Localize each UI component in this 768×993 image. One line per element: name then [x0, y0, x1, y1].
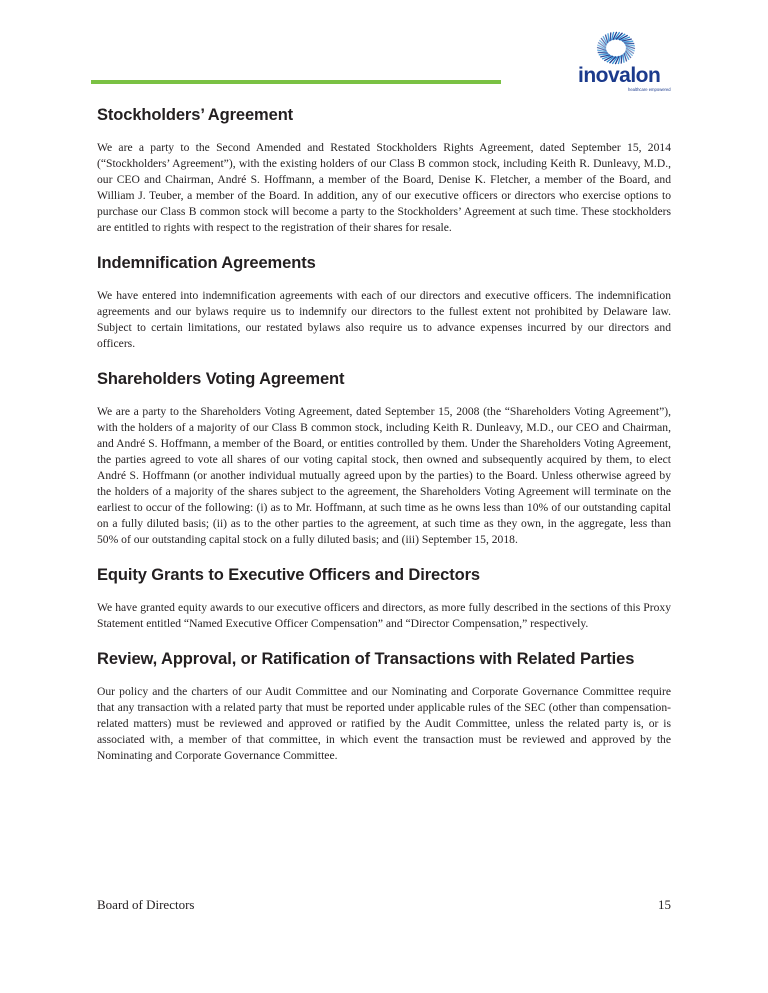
section-heading: Review, Approval, or Ratification of Tra… [97, 650, 671, 669]
section-paragraph: We have entered into indemnification agr… [97, 288, 671, 352]
section-paragraph: We are a party to the Second Amended and… [97, 140, 671, 236]
inovalon-logo: inovalon healthcare empowered [576, 26, 680, 94]
section-heading: Stockholders’ Agreement [97, 106, 671, 125]
section-indemnification-agreements: Indemnification Agreements We have enter… [97, 254, 671, 352]
section-heading: Shareholders Voting Agreement [97, 370, 671, 389]
svg-text:inovalon: inovalon [578, 64, 660, 87]
header-green-rule [91, 80, 501, 84]
document-body: Stockholders’ Agreement We are a party t… [97, 106, 671, 782]
spiral-ring-logo-icon: inovalon healthcare empowered [576, 26, 680, 94]
section-shareholders-voting-agreement: Shareholders Voting Agreement We are a p… [97, 370, 671, 548]
section-heading: Equity Grants to Executive Officers and … [97, 566, 671, 585]
section-related-party-transactions: Review, Approval, or Ratification of Tra… [97, 650, 671, 764]
section-paragraph: We have granted equity awards to our exe… [97, 600, 671, 632]
section-stockholders-agreement: Stockholders’ Agreement We are a party t… [97, 106, 671, 236]
section-heading: Indemnification Agreements [97, 254, 671, 273]
section-equity-grants: Equity Grants to Executive Officers and … [97, 566, 671, 632]
page-number: 15 [658, 897, 671, 913]
svg-text:healthcare empowered: healthcare empowered [628, 87, 671, 92]
section-paragraph: Our policy and the charters of our Audit… [97, 684, 671, 764]
section-paragraph: We are a party to the Shareholders Votin… [97, 404, 671, 548]
page-footer: Board of Directors 15 [97, 897, 671, 913]
footer-section-title: Board of Directors [97, 897, 194, 913]
